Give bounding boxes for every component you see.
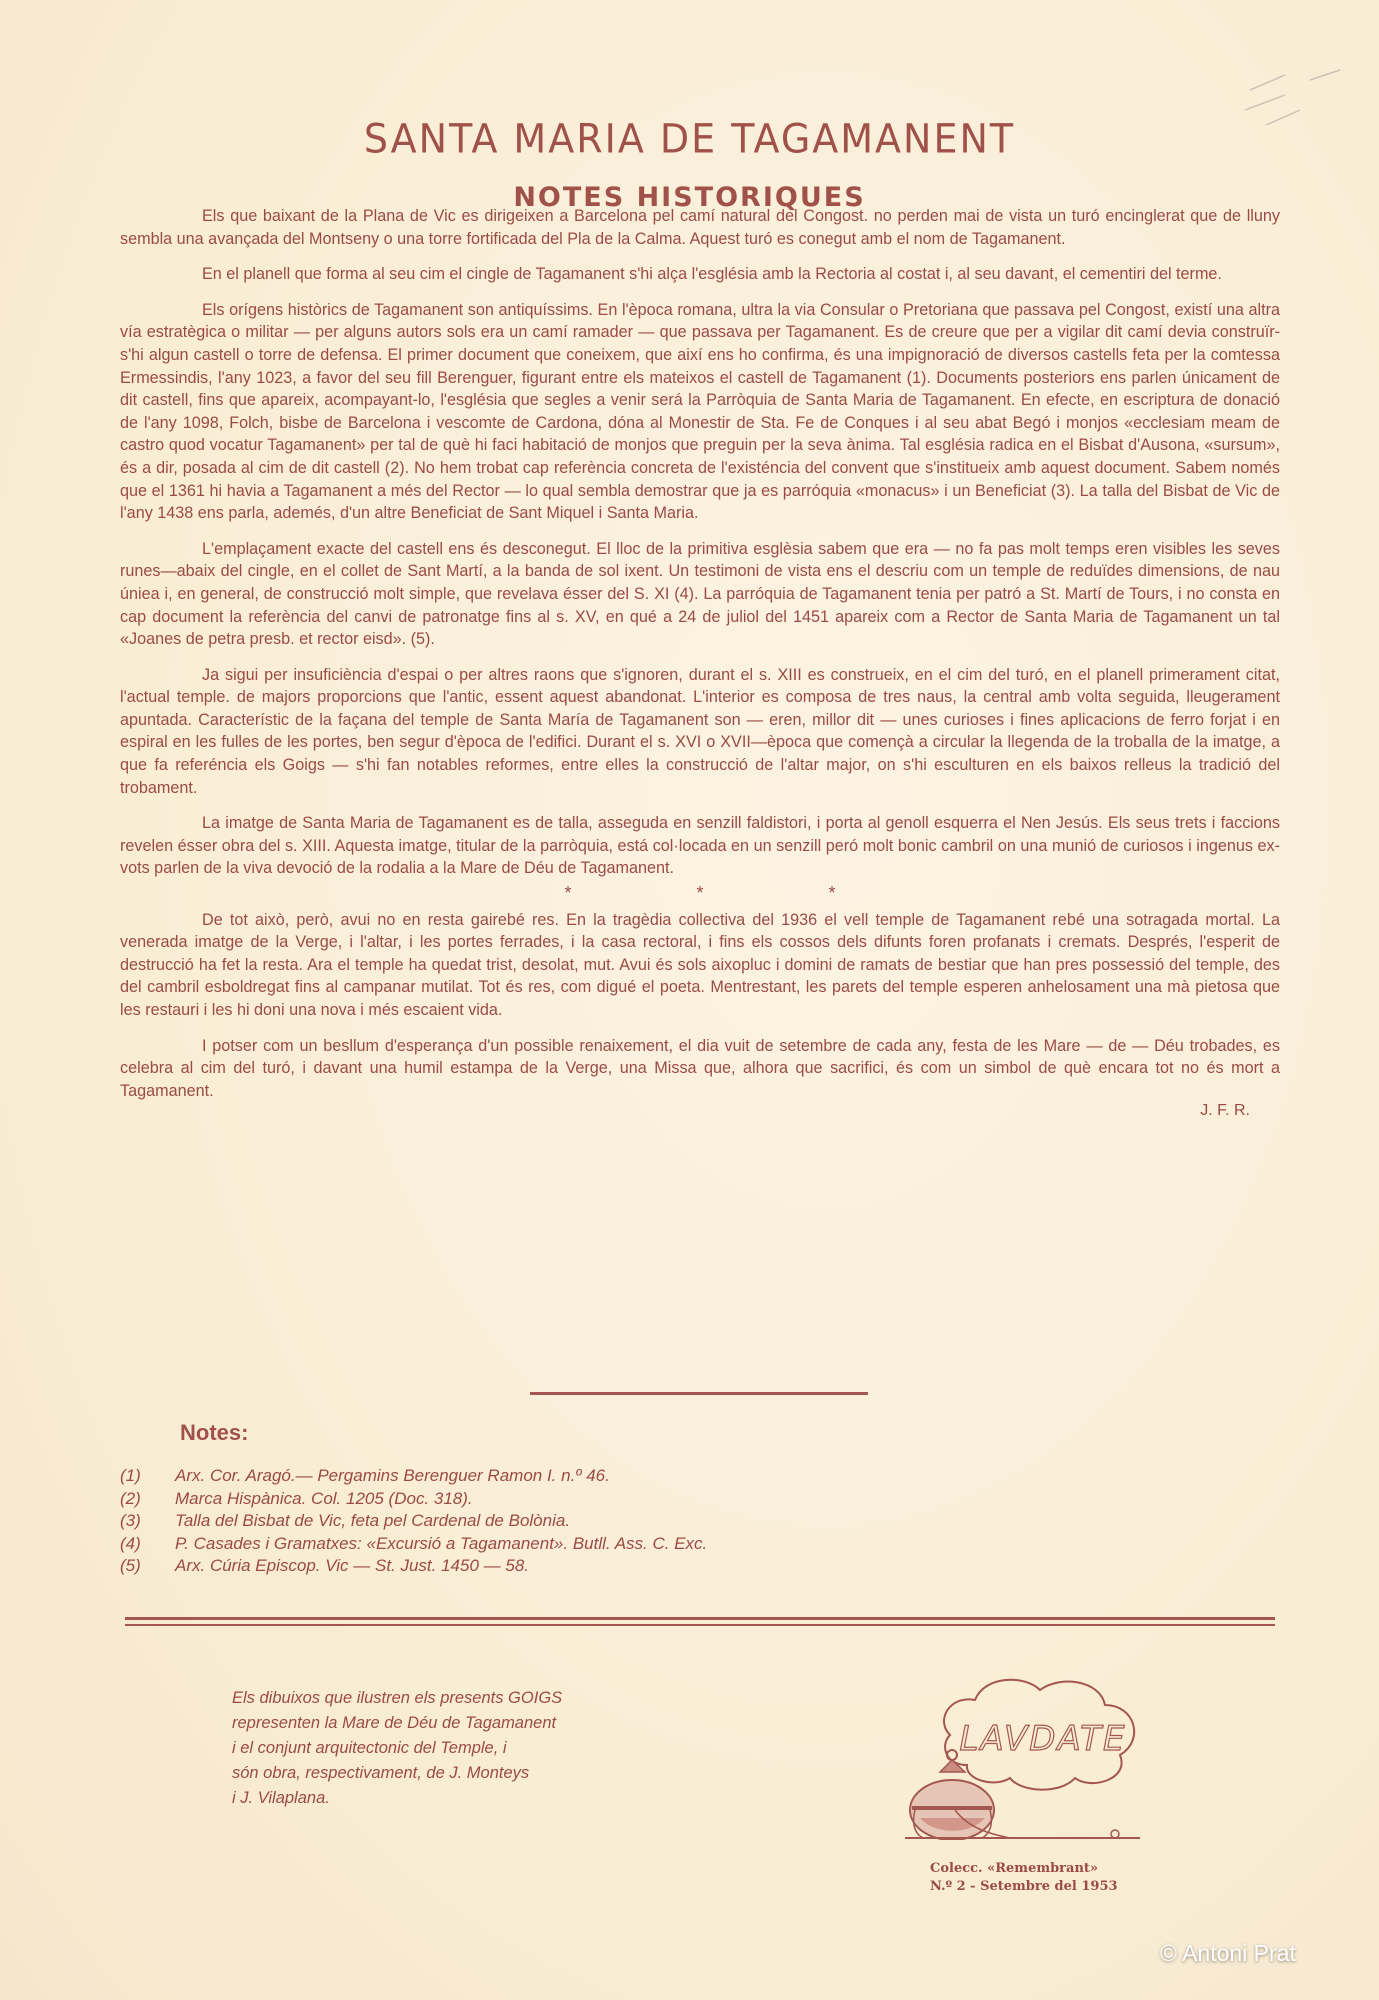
paragraph: La imatge de Santa Maria de Tagamanent e…	[120, 812, 1280, 880]
notes-list: (1)Arx. Cor. Aragó.— Pergamins Berenguer…	[120, 1465, 707, 1578]
paragraph: Ja sigui per insuficiència d'espai o per…	[120, 664, 1280, 800]
paragraph: Els que baixant de la Plana de Vic es di…	[120, 205, 1280, 250]
article-body: Els que baixant de la Plana de Vic es di…	[120, 205, 1280, 1123]
note-number: (4)	[120, 1533, 175, 1556]
note-item: (4)P. Casades i Gramatxes: «Excursió a T…	[120, 1533, 707, 1556]
collection-name: Colecc. «Remembrant»	[930, 1860, 1118, 1878]
credit-line: són obra, respectivament, de J. Monteys	[232, 1761, 662, 1786]
note-text: P. Casades i Gramatxes: «Excursió a Taga…	[175, 1533, 707, 1556]
page-title: SANTA MARIA DE TAGAMANENT	[0, 116, 1379, 162]
section-separator: * * *	[120, 882, 1280, 905]
note-item: (5)Arx. Cúria Episcop. Vic — St. Just. 1…	[120, 1555, 707, 1578]
paragraph: Els orígens històrics de Tagamanent son …	[120, 299, 1280, 525]
note-number: (1)	[120, 1465, 175, 1488]
note-number: (3)	[120, 1510, 175, 1533]
double-divider	[125, 1617, 1275, 1626]
note-text: Marca Hispànica. Col. 1205 (Doc. 318).	[175, 1488, 473, 1511]
author-signature: J. F. R.	[120, 1100, 1280, 1123]
notes-heading: Notes:	[180, 1420, 248, 1446]
note-text: Arx. Cor. Aragó.— Pergamins Berenguer Ra…	[175, 1465, 610, 1488]
collection-info: Colecc. «Remembrant» N.º 2 - Setembre de…	[930, 1860, 1118, 1896]
document-page: SANTA MARIA DE TAGAMANENT NOTES HISTORIQ…	[0, 0, 1379, 2000]
pencil-marks-decoration	[1190, 35, 1370, 125]
svg-text:LAVDATE: LAVDATE	[960, 1719, 1127, 1759]
paragraph: L'emplaçament exacte del castell ens és …	[120, 538, 1280, 651]
credit-line: Els dibuixos que ilustren els presents G…	[232, 1686, 662, 1711]
censer-icon: LAVDATE	[895, 1660, 1155, 1840]
note-number: (5)	[120, 1555, 175, 1578]
credit-line: i J. Vilaplana.	[232, 1786, 662, 1811]
collection-issue: N.º 2 - Setembre del 1953	[930, 1878, 1118, 1896]
note-item: (1)Arx. Cor. Aragó.— Pergamins Berenguer…	[120, 1465, 707, 1488]
note-number: (2)	[120, 1488, 175, 1511]
note-item: (3)Talla del Bisbat de Vic, feta pel Car…	[120, 1510, 707, 1533]
credit-line: representen la Mare de Déu de Tagamanent	[232, 1711, 662, 1736]
copyright-watermark: © Antoni Prat	[1160, 1940, 1296, 1967]
note-text: Talla del Bisbat de Vic, feta pel Carden…	[175, 1510, 570, 1533]
credit-line: i el conjunt arquitectonic del Temple, i	[232, 1736, 662, 1761]
paragraph: En el planell que forma al seu cim el ci…	[120, 263, 1280, 286]
divider	[530, 1392, 868, 1395]
note-item: (2)Marca Hispànica. Col. 1205 (Doc. 318)…	[120, 1488, 707, 1511]
note-text: Arx. Cúria Episcop. Vic — St. Just. 1450…	[175, 1555, 529, 1578]
paragraph: De tot això, però, avui no en resta gair…	[120, 909, 1280, 1022]
paragraph: I potser com un besllum d'esperança d'un…	[120, 1035, 1280, 1103]
illustration-credits: Els dibuixos que ilustren els presents G…	[232, 1686, 662, 1811]
